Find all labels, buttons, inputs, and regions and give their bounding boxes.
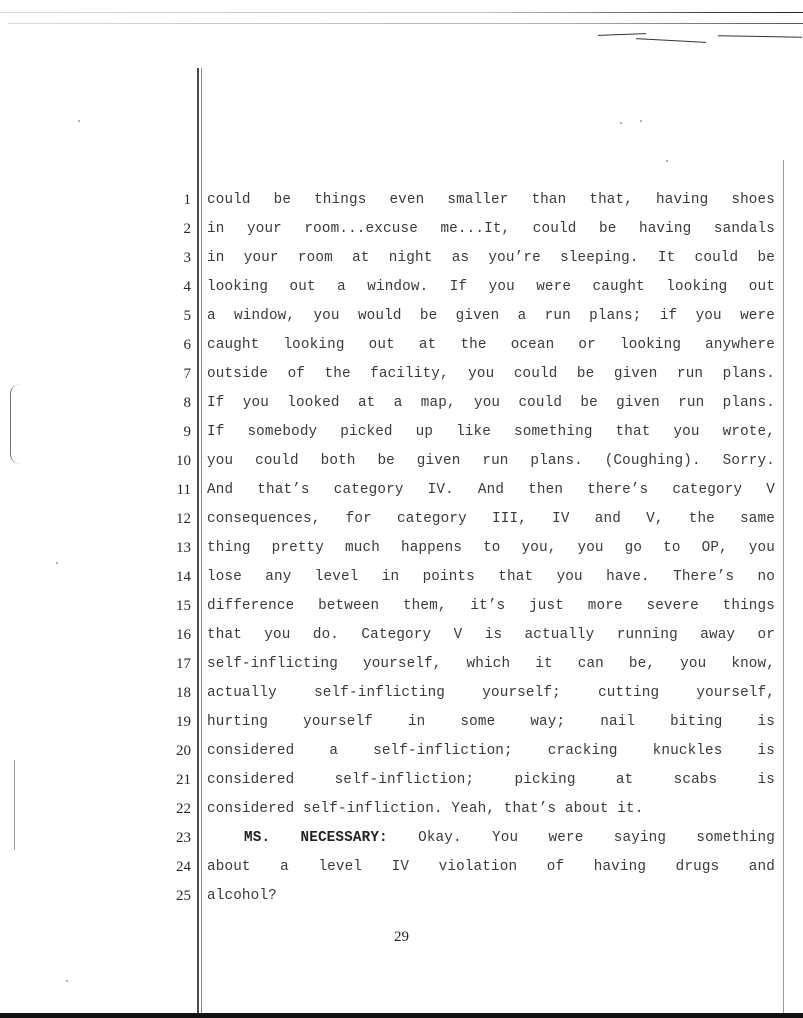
line-number: 21: [160, 766, 191, 795]
line-number: 14: [160, 563, 191, 592]
scan-speck: [78, 120, 80, 122]
line-number: 10: [160, 447, 191, 476]
transcript-line: 24about a level IV violation of having d…: [160, 853, 790, 882]
line-text: a window, you would be given a run plans…: [207, 302, 775, 331]
scan-top-edge-line: [0, 12, 803, 13]
transcript-line: 20considered a self-infliction; cracking…: [160, 737, 790, 766]
transcript-line: 25alcohol?: [160, 882, 790, 911]
line-text: about a level IV violation of having dru…: [207, 853, 775, 882]
transcript-line: 19hurting yourself in some way; nail bit…: [160, 708, 790, 737]
scan-speck: [620, 122, 622, 124]
transcript-line: 3in your room at night as you’re sleepin…: [160, 244, 790, 273]
line-text: Okay. You were saying something: [388, 830, 775, 846]
transcript-line: 18actually self-inflicting yourself; cut…: [160, 679, 790, 708]
line-number: 17: [160, 650, 191, 679]
line-text: actually self-inflicting yourself; cutti…: [207, 679, 775, 708]
page-number: 29: [0, 929, 803, 946]
scan-top-edge-line: [8, 23, 803, 24]
speaker-label: MS. NECESSARY:: [244, 830, 388, 846]
transcript-line: 15difference between them, it’s just mor…: [160, 592, 790, 621]
line-text: considered self-infliction. Yeah, that’s…: [207, 795, 775, 824]
line-text: lose any level in points that you have. …: [207, 563, 775, 592]
margin-bracket-mark: [10, 384, 25, 464]
transcript-line: 13thing pretty much happens to you, you …: [160, 534, 790, 563]
line-number: 15: [160, 592, 191, 621]
line-number: 11: [160, 476, 191, 505]
transcript-line: 2in your room...excuse me...It, could be…: [160, 215, 790, 244]
line-number: 5: [160, 302, 191, 331]
line-number: 23: [160, 824, 191, 853]
line-number: 8: [160, 389, 191, 418]
transcript-line: 17self-inflicting yourself, which it can…: [160, 650, 790, 679]
transcript-line: 10you could both be given run plans. (Co…: [160, 447, 790, 476]
transcript-line: 8If you looked at a map, you could be gi…: [160, 389, 790, 418]
transcript-line: 21considered self-infliction; picking at…: [160, 766, 790, 795]
line-text: considered a self-infliction; cracking k…: [207, 737, 775, 766]
transcript-line: 22considered self-infliction. Yeah, that…: [160, 795, 790, 824]
line-text: outside of the facility, you could be gi…: [207, 360, 775, 389]
line-number: 24: [160, 853, 191, 882]
line-text: thing pretty much happens to you, you go…: [207, 534, 775, 563]
transcript-body: 1could be things even smaller than that,…: [160, 186, 790, 911]
line-number: 22: [160, 795, 191, 824]
scan-speck: [666, 160, 668, 162]
line-number: 20: [160, 737, 191, 766]
line-text: in your room...excuse me...It, could be …: [207, 215, 775, 244]
line-number: 12: [160, 505, 191, 534]
line-text: could be things even smaller than that, …: [207, 186, 775, 215]
transcript-line: 16that you do. Category V is actually ru…: [160, 621, 790, 650]
transcript-line: 4looking out a window. If you were caugh…: [160, 273, 790, 302]
transcript-line: 1could be things even smaller than that,…: [160, 186, 790, 215]
margin-mark: [14, 760, 16, 850]
line-text: in your room at night as you’re sleeping…: [207, 244, 775, 273]
line-text: consequences, for category III, IV and V…: [207, 505, 775, 534]
line-number: 3: [160, 244, 191, 273]
transcript-line: 11And that’s category IV. And then there…: [160, 476, 790, 505]
line-text: If you looked at a map, you could be giv…: [207, 389, 775, 418]
transcript-line: 5a window, you would be given a run plan…: [160, 302, 790, 331]
line-text: self-inflicting yourself, which it can b…: [207, 650, 775, 679]
transcript-line: 7outside of the facility, you could be g…: [160, 360, 790, 389]
line-text: difference between them, it’s just more …: [207, 592, 775, 621]
transcript-line: 23MS. NECESSARY: Okay. You were saying s…: [160, 824, 790, 853]
scan-bottom-edge: [0, 1013, 803, 1018]
scan-pen-stroke: [718, 35, 802, 37]
line-number: 13: [160, 534, 191, 563]
transcript-line: 14lose any level in points that you have…: [160, 563, 790, 592]
line-number: 6: [160, 331, 191, 360]
line-text: hurting yourself in some way; nail bitin…: [207, 708, 775, 737]
line-number: 25: [160, 882, 191, 911]
line-number: 2: [160, 215, 191, 244]
scan-speck: [56, 562, 58, 564]
line-number: 7: [160, 360, 191, 389]
line-text: alcohol?: [207, 882, 775, 911]
line-text: considered self-infliction; picking at s…: [207, 766, 775, 795]
transcript-line: 9If somebody picked up like something th…: [160, 418, 790, 447]
line-text: If somebody picked up like something tha…: [207, 418, 775, 447]
line-number: 9: [160, 418, 191, 447]
line-text: caught looking out at the ocean or looki…: [207, 331, 775, 360]
line-text: And that’s category IV. And then there’s…: [207, 476, 775, 505]
transcript-line: 6caught looking out at the ocean or look…: [160, 331, 790, 360]
scan-pen-stroke: [636, 38, 706, 43]
line-text: looking out a window. If you were caught…: [207, 273, 775, 302]
line-text: that you do. Category V is actually runn…: [207, 621, 775, 650]
line-number: 18: [160, 679, 191, 708]
scan-speck: [640, 120, 642, 122]
speaker-line: MS. NECESSARY: Okay. You were saying som…: [207, 824, 775, 853]
scan-pen-stroke: [598, 33, 646, 36]
scan-speck: [66, 980, 68, 982]
line-number: 19: [160, 708, 191, 737]
line-number: 1: [160, 186, 191, 215]
line-number: 4: [160, 273, 191, 302]
line-text: you could both be given run plans. (Coug…: [207, 447, 775, 476]
line-number: 16: [160, 621, 191, 650]
transcript-line: 12consequences, for category III, IV and…: [160, 505, 790, 534]
